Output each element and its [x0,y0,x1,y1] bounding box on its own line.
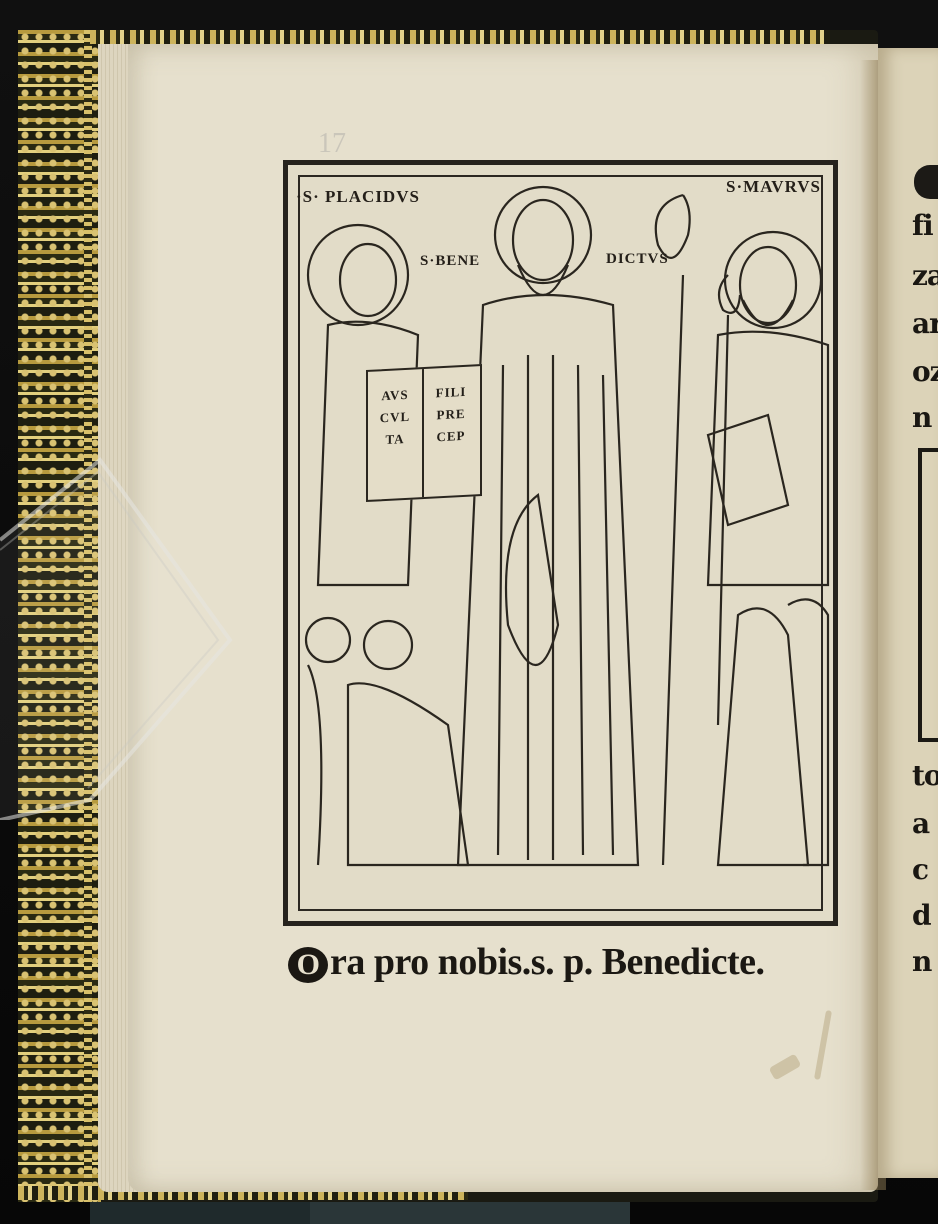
facing-text-line: d [912,902,931,930]
facing-text-line: ar [912,310,938,338]
facing-text-line: n [912,948,931,976]
page-clip [0,400,240,820]
book-page-left: AVS CVL TA [370,383,420,452]
open-book: AVS CVL TA FILI PRE CEP [366,364,482,502]
label-s-benedictus-right: DICTVS [606,251,669,268]
facing-woodcut-frame [918,448,938,742]
stand-surface [310,1200,630,1224]
book-text-line: TA [370,427,420,452]
manuscript-number: 17 [318,128,346,160]
gilt-border-top [90,30,830,44]
facing-text-line: c [912,856,928,884]
facing-text-line: za [912,262,938,290]
stand-surface [90,1200,310,1224]
facing-initial-letter [914,165,938,199]
facing-text-line: fi [912,212,933,240]
facing-text-line: a [912,810,929,838]
book-text-line: PRE [426,402,476,427]
book-text-line: CVL [370,405,420,430]
facing-text-line: oz [912,358,938,386]
label-s-benedictus-left: S·BENE [420,253,480,270]
book-text-line: CEP [426,424,476,449]
facing-text-line: to [912,762,938,790]
caption-initial: O [288,947,328,983]
woodcut-illustration: ·S· PLACIDVS S·MAVRVS S·BENE DICTVS AVS … [283,160,838,926]
book-page-right: FILI PRE CEP [426,380,476,449]
caption: Ora pro nobis.s. p. Benedicte. [288,940,765,984]
woodcut-figures [288,165,833,921]
label-s-placidus: ·S· PLACIDVS [296,187,420,207]
caption-text: ra pro nobis.s. p. Benedicte. [330,941,765,983]
label-s-maurus: S·MAVRVS [726,177,821,197]
book-text-line: FILI [426,380,476,405]
facing-text-line: n [912,404,931,432]
book-text-line: AVS [370,383,420,408]
